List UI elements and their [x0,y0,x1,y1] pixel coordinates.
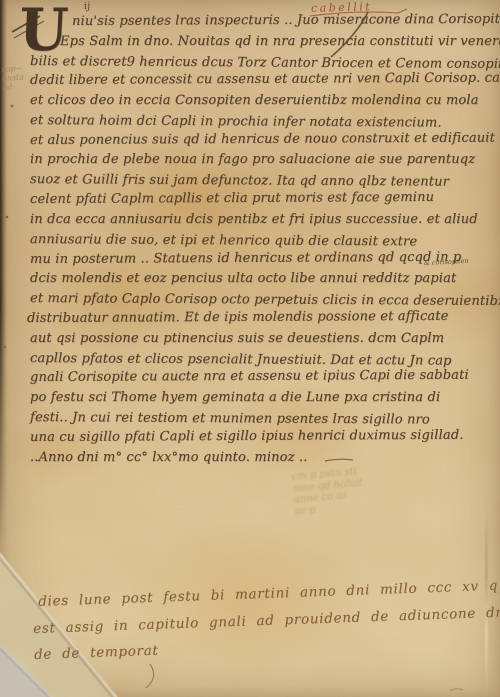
text-line: Eps Salm in dno. Nouitas qd in nra prese… [60,35,500,48]
text-line: et mari pfato Caplo Corisop octo perpetu… [30,292,500,308]
text-line: mu in posterum .. Statuens id henricus e… [30,251,461,266]
text-line: po festu sci Thome hyem geminata a die L… [30,391,440,404]
text-line: et alus ponencius suis qd id henricus de… [30,132,495,147]
text-line: gnali Corisopite cu aucte nra et assensu… [30,369,469,384]
text-line: et clicos deo in eccia Consopiten deseru… [30,94,479,107]
text-line: capllos pfatos et clicos psencialit Jnue… [30,352,452,368]
text-line: niu'sis psentes lras inspecturis .. Juo … [72,13,500,28]
text-line: anniusariu die suo, et ipi et henrico qu… [30,233,417,248]
text-line: distribuatur annuatim. Et de ipis molend… [27,310,449,325]
margin-note: sup~ ansta ed· [1,63,33,93]
decorated-initial-letter: U [18,1,70,59]
text-line: una cu sigillo pfati Capli et sigillo ip… [30,429,464,444]
manuscript-page-photo: U ij cabellit sup~ ansta ed· niu'sis pse… [0,0,500,697]
text-line: in dca ecca anniusariu dcis pentibz et f… [30,213,478,226]
text-line: dcis molendis et eoz pencius ulta octo l… [30,272,456,285]
abbreviation-flourish: ij [83,1,91,13]
parchment-crease [485,510,488,697]
text-line: ..Anno dni m° cc° lxx°mo quinto. minoz .… [30,451,308,464]
text-line: in prochia de plebe noua in fago pro sal… [30,153,475,166]
text-line: suoz et Guilli fris sui jam defunctoz. I… [30,173,449,189]
text-line: dedit libere et concessit cu assensu et … [30,71,500,87]
text-line: bilis et discret9 henricus dcus Torz Can… [30,55,500,71]
text-line: aut qsi possione cu ptinencius suis se d… [30,332,444,345]
text-line: et soltura hoim dci Capli in prochia inf… [30,114,442,130]
text-line: festi.. Jn cui rei testiom et munimen ps… [30,411,430,426]
text-line: celent pfati Caplm capllis et clia prut … [30,191,434,206]
